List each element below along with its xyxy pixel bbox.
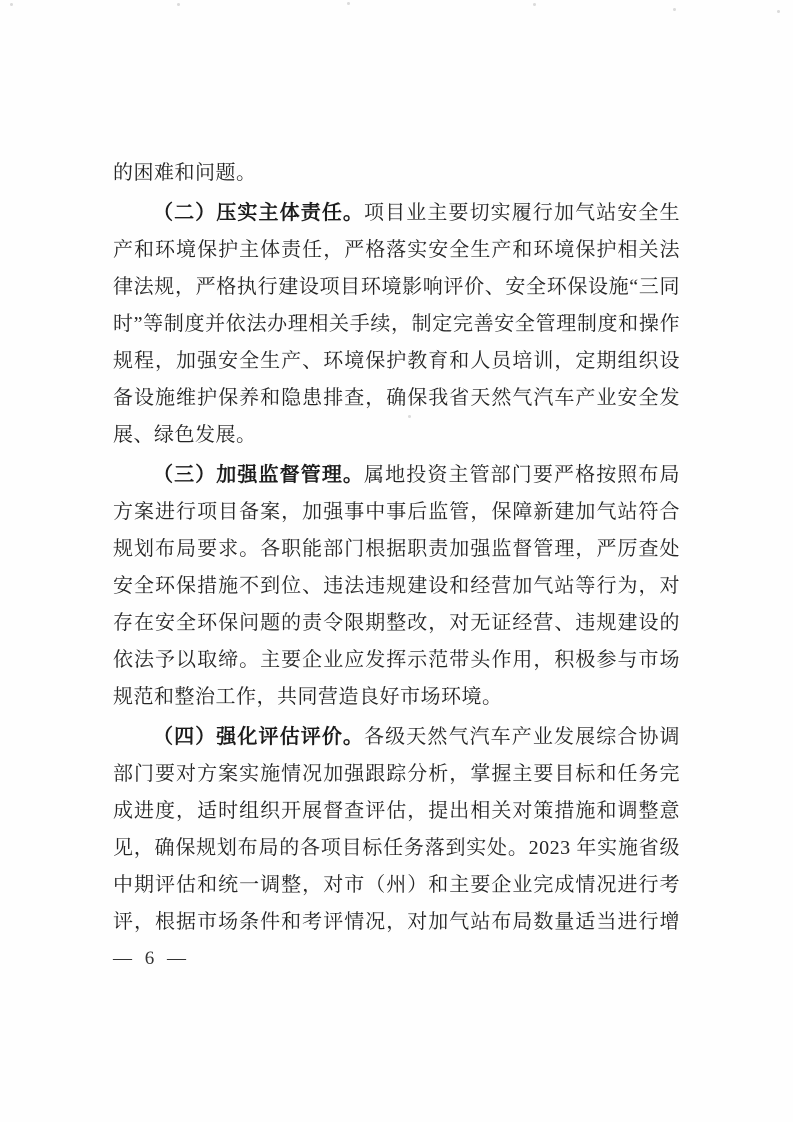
text-line: 中期评估和统一调整，对市（州）和主要企业完成情况进行考	[113, 867, 680, 904]
paragraph: 的困难和问题。	[113, 155, 680, 192]
page-number: — 6 —	[113, 948, 190, 970]
text-line: 方案进行项目备案，加强事中事后监管，保障新建加气站符合	[113, 494, 680, 531]
text-line: 的困难和问题。	[113, 155, 680, 192]
paragraph-heading-line: （三）加强监督管理。属地投资主管部门要严格按照布局	[113, 457, 680, 494]
document-page: 的困难和问题。（二）压实主体责任。项目业主要切实履行加气站安全生产和环境保护主体…	[0, 0, 793, 1122]
paragraph: （四）强化评估评价。各级天然气汽车产业发展综合协调部门要对方案实施情况加强跟踪分…	[113, 719, 680, 941]
text-line: 规程，加强安全生产、环境保护教育和人员培训，定期组织设	[113, 343, 680, 380]
section-heading: （四）强化评估评价。	[153, 726, 364, 748]
scan-speck	[347, 2, 350, 5]
scan-speck	[177, 3, 180, 6]
text-line: 展、绿色发展。	[113, 417, 680, 454]
text-line: 成进度，适时组织开展督查评估，提出相关对策措施和调整意	[113, 793, 680, 830]
text-line: 见，确保规划布局的各项目标任务落到实处。2023 年实施省级	[113, 830, 680, 867]
section-heading: （三）加强监督管理。	[153, 464, 364, 486]
paragraph-heading-line: （二）压实主体责任。项目业主要切实履行加气站安全生	[113, 195, 680, 232]
paragraph: （二）压实主体责任。项目业主要切实履行加气站安全生产和环境保护主体责任，严格落实…	[113, 195, 680, 454]
text-line: 律法规，严格执行建设项目环境影响评价、安全环保设施“三同	[113, 269, 680, 306]
scan-speck	[673, 8, 676, 11]
text-line: 备设施维护保养和隐患排查，确保我省天然气汽车产业安全发	[113, 380, 680, 417]
scan-speck	[10, 3, 13, 6]
scan-speck	[777, 10, 780, 13]
text-line: 规范和整治工作，共同营造良好市场环境。	[113, 679, 680, 716]
document-body: 的困难和问题。（二）压实主体责任。项目业主要切实履行加气站安全生产和环境保护主体…	[113, 155, 680, 941]
paragraph: （三）加强监督管理。属地投资主管部门要严格按照布局方案进行项目备案，加强事中事后…	[113, 457, 680, 716]
section-heading: （二）压实主体责任。	[153, 202, 364, 224]
scan-speck	[533, 3, 536, 6]
text-line: 产和环境保护主体责任，严格落实安全生产和环境保护相关法	[113, 232, 680, 269]
text-line: 安全环保措施不到位、违法违规建设和经营加气站等行为，对	[113, 568, 680, 605]
text-line: 时”等制度并依法办理相关手续，制定完善安全管理制度和操作	[113, 306, 680, 343]
text-line: 存在安全环保问题的责令限期整改，对无证经营、违规建设的	[113, 605, 680, 642]
text-line: 部门要对方案实施情况加强跟踪分析，掌握主要目标和任务完	[113, 756, 680, 793]
text-line: 规划布局要求。各职能部门根据职责加强监督管理，严厉查处	[113, 531, 680, 568]
paragraph-heading-line: （四）强化评估评价。各级天然气汽车产业发展综合协调	[113, 719, 680, 756]
text-line: 依法予以取缔。主要企业应发挥示范带头作用，积极参与市场	[113, 642, 680, 679]
text-line: 评，根据市场条件和考评情况，对加气站布局数量适当进行增	[113, 904, 680, 941]
